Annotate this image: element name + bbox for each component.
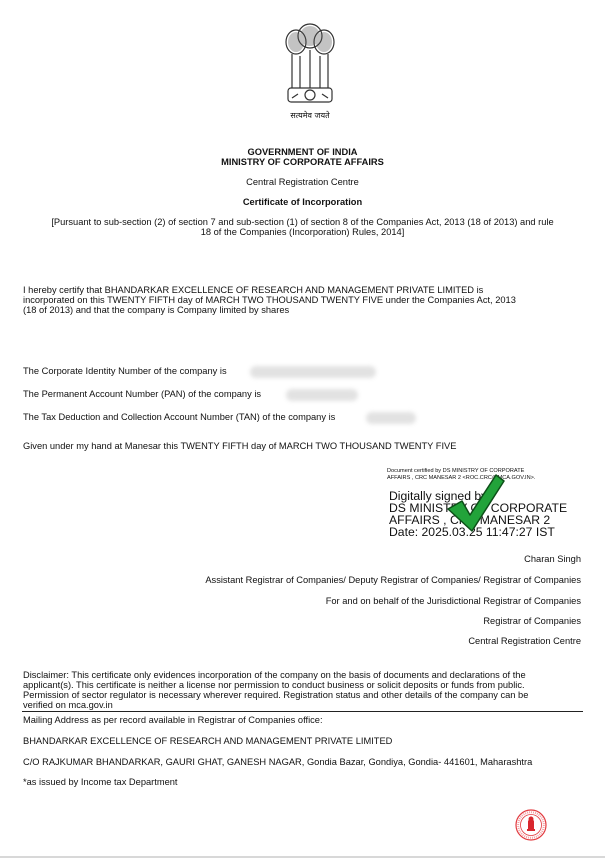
divider — [22, 711, 583, 712]
income-tax-note: *as issued by Income tax Department — [23, 777, 178, 787]
disclaimer-line-1: Disclaimer: This certificate only eviden… — [23, 670, 526, 680]
certify-line-2: incorporated on this TWENTY FIFTH day of… — [23, 295, 516, 305]
green-checkmark-icon — [446, 473, 506, 537]
certify-line-3: (18 of 2013) and that the company is Com… — [23, 305, 289, 315]
certificate-title: Certificate of Incorporation — [0, 197, 605, 207]
header-ministry: MINISTRY OF CORPORATE AFFAIRS — [0, 157, 605, 167]
registrar-office: Registrar of Companies — [483, 616, 581, 626]
disclaimer-line-2: applicant(s). This certificate is neithe… — [23, 680, 525, 690]
pan-label: The Permanent Account Number (PAN) of th… — [23, 389, 261, 399]
cin-redacted-value — [250, 366, 376, 378]
pursuant-line-2: 18 of the Companies (Incorporation) Rule… — [0, 227, 605, 237]
mailing-company: BHANDARKAR EXCELLENCE OF RESEARCH AND MA… — [23, 736, 392, 746]
mailing-address: C/O RAJKUMAR BHANDARKAR, GAURI GHAT, GAN… — [23, 757, 532, 767]
registrar-centre: Central Registration Centre — [468, 636, 581, 646]
disclaimer-line-3: Permission of sector regulator is necess… — [23, 690, 528, 700]
registrar-designation: Assistant Registrar of Companies/ Deputy… — [205, 575, 581, 585]
given-under-text: Given under my hand at Manesar this TWEN… — [23, 441, 456, 451]
tan-redacted-value — [366, 412, 416, 424]
header-government: GOVERNMENT OF INDIA — [0, 147, 605, 157]
mca-seal-icon — [515, 809, 547, 843]
cin-label: The Corporate Identity Number of the com… — [23, 366, 227, 376]
registrar-name: Charan Singh — [524, 554, 581, 564]
certify-line-1: I hereby certify that BHANDARKAR EXCELLE… — [23, 285, 483, 295]
registrar-behalf: For and on behalf of the Jurisdictional … — [326, 596, 581, 606]
pursuant-line-1: [Pursuant to sub-section (2) of section … — [0, 217, 605, 227]
tan-label: The Tax Deduction and Collection Account… — [23, 412, 335, 422]
pan-redacted-value — [286, 389, 358, 401]
disclaimer-line-4: verified on mca.gov.in — [23, 700, 113, 710]
header-centre: Central Registration Centre — [0, 177, 605, 187]
national-emblem-icon — [278, 10, 342, 120]
emblem-motto: सत्यमेव जयते — [278, 110, 342, 121]
mailing-heading: Mailing Address as per record available … — [23, 715, 323, 725]
